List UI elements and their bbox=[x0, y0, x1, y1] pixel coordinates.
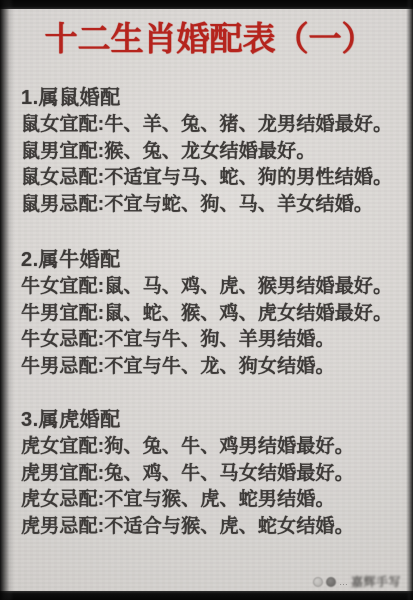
compat-line: 鼠男宜配:猴、兔、龙女结婚最好。 bbox=[21, 139, 407, 166]
photo-document: 十二生肖婚配表（一） 1.属鼠婚配 鼠女宜配:牛、羊、兔、猪、龙男结婚最好。 鼠… bbox=[0, 0, 413, 600]
compat-line: 虎女忌配:不宜与猴、虎、蛇男结婚。 bbox=[21, 487, 407, 514]
section-rat-heading: 1.属鼠婚配 bbox=[21, 85, 407, 112]
section-tiger-heading: 3.属虎婚配 bbox=[21, 407, 407, 434]
section-ox: 2.属牛婚配 牛女宜配:鼠、马、鸡、虎、猴男结婚最好。 牛男宜配:鼠、蛇、猴、鸡… bbox=[21, 247, 407, 380]
compat-line: 鼠男忌配:不宜与蛇、狗、马、羊女结婚。 bbox=[21, 192, 407, 219]
section-tiger: 3.属虎婚配 虎女宜配:狗、兔、牛、鸡男结婚最好。 虎男宜配:兔、鸡、牛、马女结… bbox=[21, 407, 407, 540]
photo-border-left bbox=[0, 0, 14, 600]
photo-border-top bbox=[0, 0, 413, 9]
section-ox-heading: 2.属牛婚配 bbox=[21, 247, 407, 274]
compat-line: 牛男宜配:鼠、蛇、猴、鸡、虎女结婚最好。 bbox=[21, 301, 407, 328]
compat-line: 虎男忌配:不适合与猴、虎、蛇女结婚。 bbox=[21, 514, 407, 541]
compat-line: 牛男忌配:不宜与牛、龙、狗女结婚。 bbox=[21, 354, 407, 381]
compat-line: 牛女忌配:不宜与牛、狗、羊男结婚。 bbox=[21, 327, 407, 354]
compat-line: 牛女宜配:鼠、马、鸡、虎、猴男结婚最好。 bbox=[21, 274, 407, 301]
compat-line: 虎女宜配:狗、兔、牛、鸡男结婚最好。 bbox=[21, 434, 407, 461]
watermark-face-badge-icon bbox=[313, 577, 323, 587]
section-rat: 1.属鼠婚配 鼠女宜配:牛、羊、兔、猪、龙男结婚最好。 鼠男宜配:猴、兔、龙女结… bbox=[21, 85, 407, 218]
watermark-ellipsis: … bbox=[339, 577, 348, 587]
compat-line: 虎男宜配:兔、鸡、牛、马女结婚最好。 bbox=[21, 461, 407, 488]
photo-border-right bbox=[406, 0, 413, 600]
watermark-dark-badge-icon bbox=[326, 577, 336, 587]
page-title: 十二生肖婚配表（一） bbox=[14, 13, 405, 60]
photo-border-bottom bbox=[0, 591, 413, 600]
watermark: … 嘉辉手写 bbox=[313, 573, 401, 590]
compat-line: 鼠女忌配:不适宜与马、蛇、狗的男性结婚。 bbox=[21, 165, 407, 192]
watermark-blurred-text: 嘉辉手写 bbox=[351, 573, 401, 590]
compat-line: 鼠女宜配:牛、羊、兔、猪、龙男结婚最好。 bbox=[21, 112, 407, 139]
